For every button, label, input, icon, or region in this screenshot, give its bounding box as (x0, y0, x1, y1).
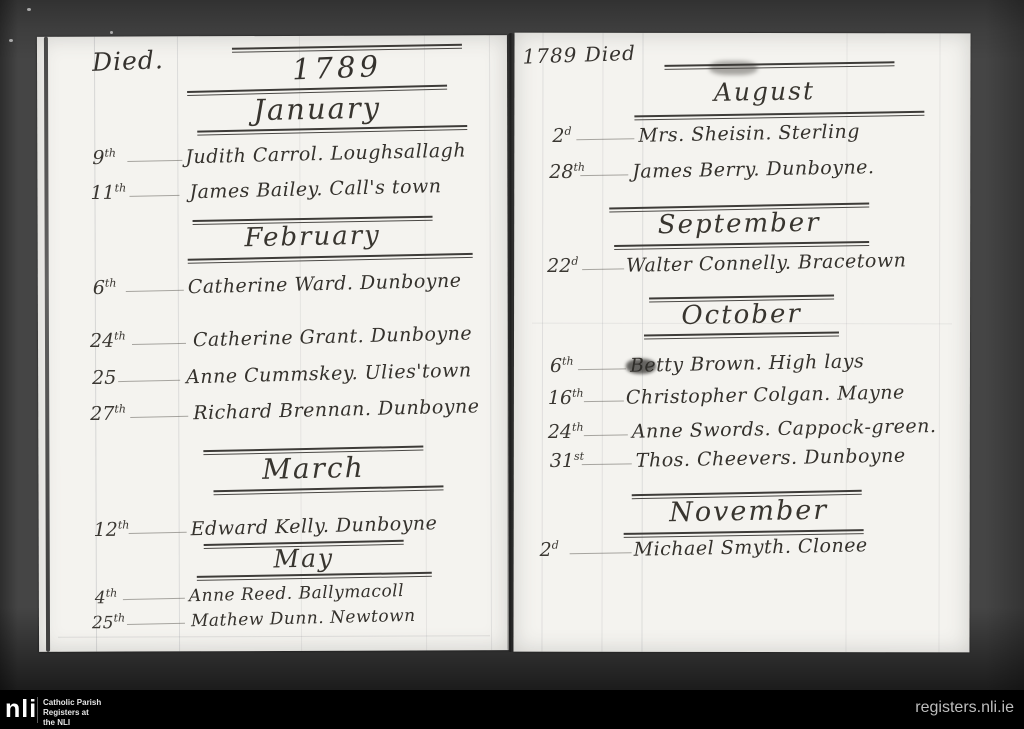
leader-dash (132, 343, 186, 345)
register-entry: 2d Michael Smyth. Clonee (514, 539, 970, 570)
register-viewer: Died. 1789 January 9th Judith Carrol. Lo… (0, 0, 1024, 729)
leader-dash (127, 623, 185, 625)
header-rule (664, 61, 894, 70)
dust-speck (110, 31, 113, 34)
leader-dash (582, 463, 632, 465)
header-rule (614, 241, 869, 250)
leader-dash (576, 138, 634, 140)
register-scan-photo: Died. 1789 January 9th Judith Carrol. Lo… (0, 0, 1024, 690)
footer-tagline-line: Registers at (43, 708, 101, 718)
register-entry: 31st Thos. Cheevers. Dunboyne (514, 450, 970, 481)
year-heading: 1789 (216, 46, 457, 89)
footer-divider (37, 697, 38, 723)
header-rule (213, 485, 443, 495)
register-entry: 9th Judith Carrol. Loughsallagh (37, 145, 507, 177)
site-watermark: registers.nli.ie (915, 699, 1014, 717)
footer-tagline-line: the NLI (43, 718, 101, 728)
register-entry: 2d Mrs. Sheisin. Sterling (514, 125, 970, 156)
register-page-right: 1789 Died August 2d Mrs. Sheisin. Sterli… (513, 33, 970, 653)
year-died-label: 1789 Died (522, 41, 636, 69)
header-rule (644, 331, 839, 339)
dust-speck (27, 8, 31, 11)
footer-bar: nli Catholic Parish Registers at the NLI… (0, 690, 1024, 729)
leader-dash (129, 532, 187, 534)
register-page-left: Died. 1789 January 9th Judith Carrol. Lo… (37, 35, 509, 652)
footer-tagline: Catholic Parish Registers at the NLI (43, 698, 101, 728)
leader-dash (580, 174, 628, 176)
register-entry: 25th Mathew Dunn. Newtown (39, 610, 509, 642)
footer-tagline-line: Catholic Parish (43, 698, 101, 708)
header-rule (634, 111, 924, 121)
register-entry: 11th James Bailey. Call's town (37, 180, 507, 212)
leader-dash (123, 598, 185, 600)
register-entry: 16th Christopher Colgan. Mayne (514, 387, 970, 418)
nli-logo: nli (5, 695, 37, 724)
register-entry: 27th Richard Brennan. Dunboyne (38, 401, 508, 433)
died-label: Died. (91, 45, 164, 77)
register-entry: 25 Anne Cummskey. Ulies'town (38, 365, 508, 397)
leader-dash (130, 416, 188, 418)
leader-dash (118, 380, 180, 382)
dust-speck (9, 39, 13, 42)
leader-dash (584, 434, 628, 436)
leader-dash (582, 268, 624, 270)
ink-blot (626, 359, 656, 374)
leader-dash (126, 290, 184, 292)
leader-dash (584, 400, 624, 402)
leader-dash (578, 368, 626, 370)
leader-dash (129, 195, 179, 197)
register-entry: 24th Catherine Grant. Dunboyne (38, 328, 508, 360)
register-entry: 22d Walter Connelly. Bracetown (514, 255, 970, 286)
register-entry: 6th Catherine Ward. Dunboyne (38, 275, 508, 307)
register-entry: 28th James Berry. Dunboyne. (514, 161, 970, 192)
leader-dash (127, 160, 182, 162)
leader-dash (570, 552, 632, 554)
header-rule (188, 253, 473, 264)
